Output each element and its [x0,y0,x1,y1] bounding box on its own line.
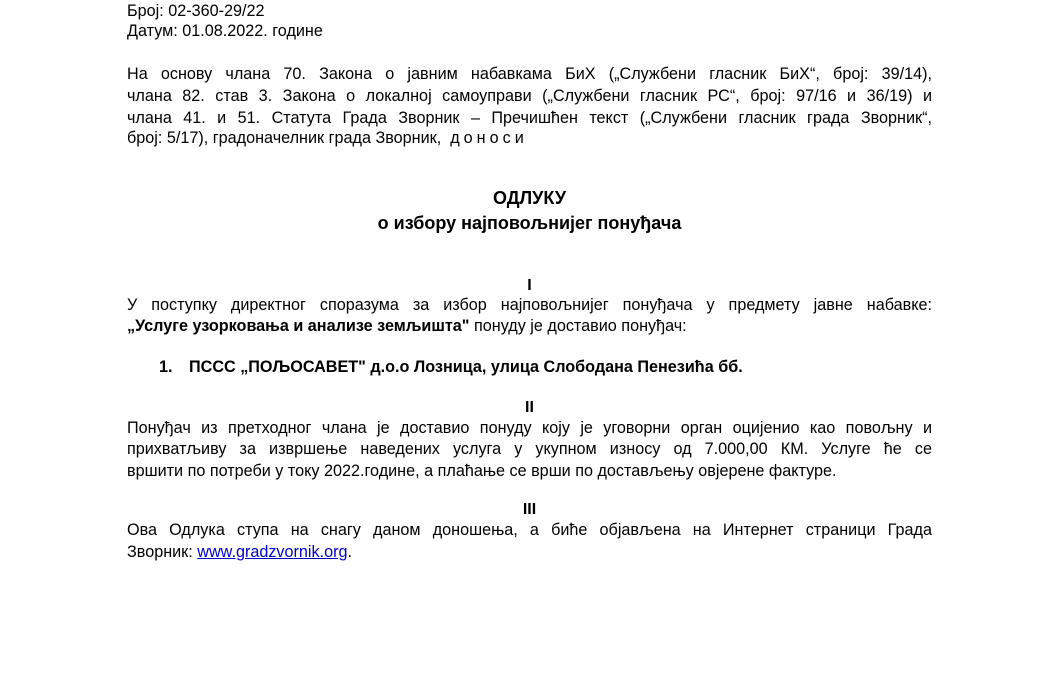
section-ii-line-1: Понуђач из претходног члана је доставио … [127,418,932,439]
document-date: Датум: 01.08.2022. године [127,21,323,41]
section-i-line-2-rest: понуду је доставио понуђач: [469,317,686,335]
procurement-subject: „Услуге узорковања и анализе земљишта" [127,317,469,335]
preamble-line-1: На основу члана 70. Закона о јавним наба… [127,64,932,85]
section-iii-line-1: Ова Одлука ступа на снагу даном доношења… [127,520,932,541]
section-i-numeral: I [127,276,932,296]
bidder-name: ПССС „ПОЉОСАВЕТ" д.о.о Лозница, улица Сл… [189,358,743,376]
section-iii-line-2-prefix: Зворник: [127,543,197,561]
city-website-link[interactable]: www.gradzvornik.org [197,543,347,561]
document-number: Број: 02-360-29/22 [127,1,265,21]
preamble-line-3: члана 41. и 51. Статута Града Зворник – … [127,108,932,129]
section-ii-line-2: прихватљиву за извршење наведених услуга… [127,439,932,460]
section-iii-line-2-suffix: . [348,543,353,561]
decision-subtitle: о избору најповољнијег понуђача [127,211,932,235]
decision-title: ОДЛУКУ [127,186,932,210]
section-i-line-1: У поступку директног споразума за избор … [127,295,932,316]
preamble-enacts-word: доноси [450,129,528,147]
preamble-last-line-text: број: 5/17), градоначелник града Зворник… [127,129,441,147]
bidder-list-number: 1. [159,357,189,377]
section-i-line-2: „Услуге узорковања и анализе земљишта" п… [127,316,687,336]
preamble-line-2: члана 82. став 3. Закона о локалној само… [127,86,932,107]
section-iii-line-2: Зворник: www.gradzvornik.org. [127,542,352,562]
section-iii-numeral: III [127,500,932,520]
preamble-line-4: број: 5/17), градоначелник града Зворник… [127,128,528,148]
bidder-list-item: 1.ПССС „ПОЉОСАВЕТ" д.о.о Лозница, улица … [159,357,743,377]
section-ii-line-3: вршити по потреби у току 2022.године, а … [127,461,837,481]
section-ii-numeral: II [127,398,932,418]
